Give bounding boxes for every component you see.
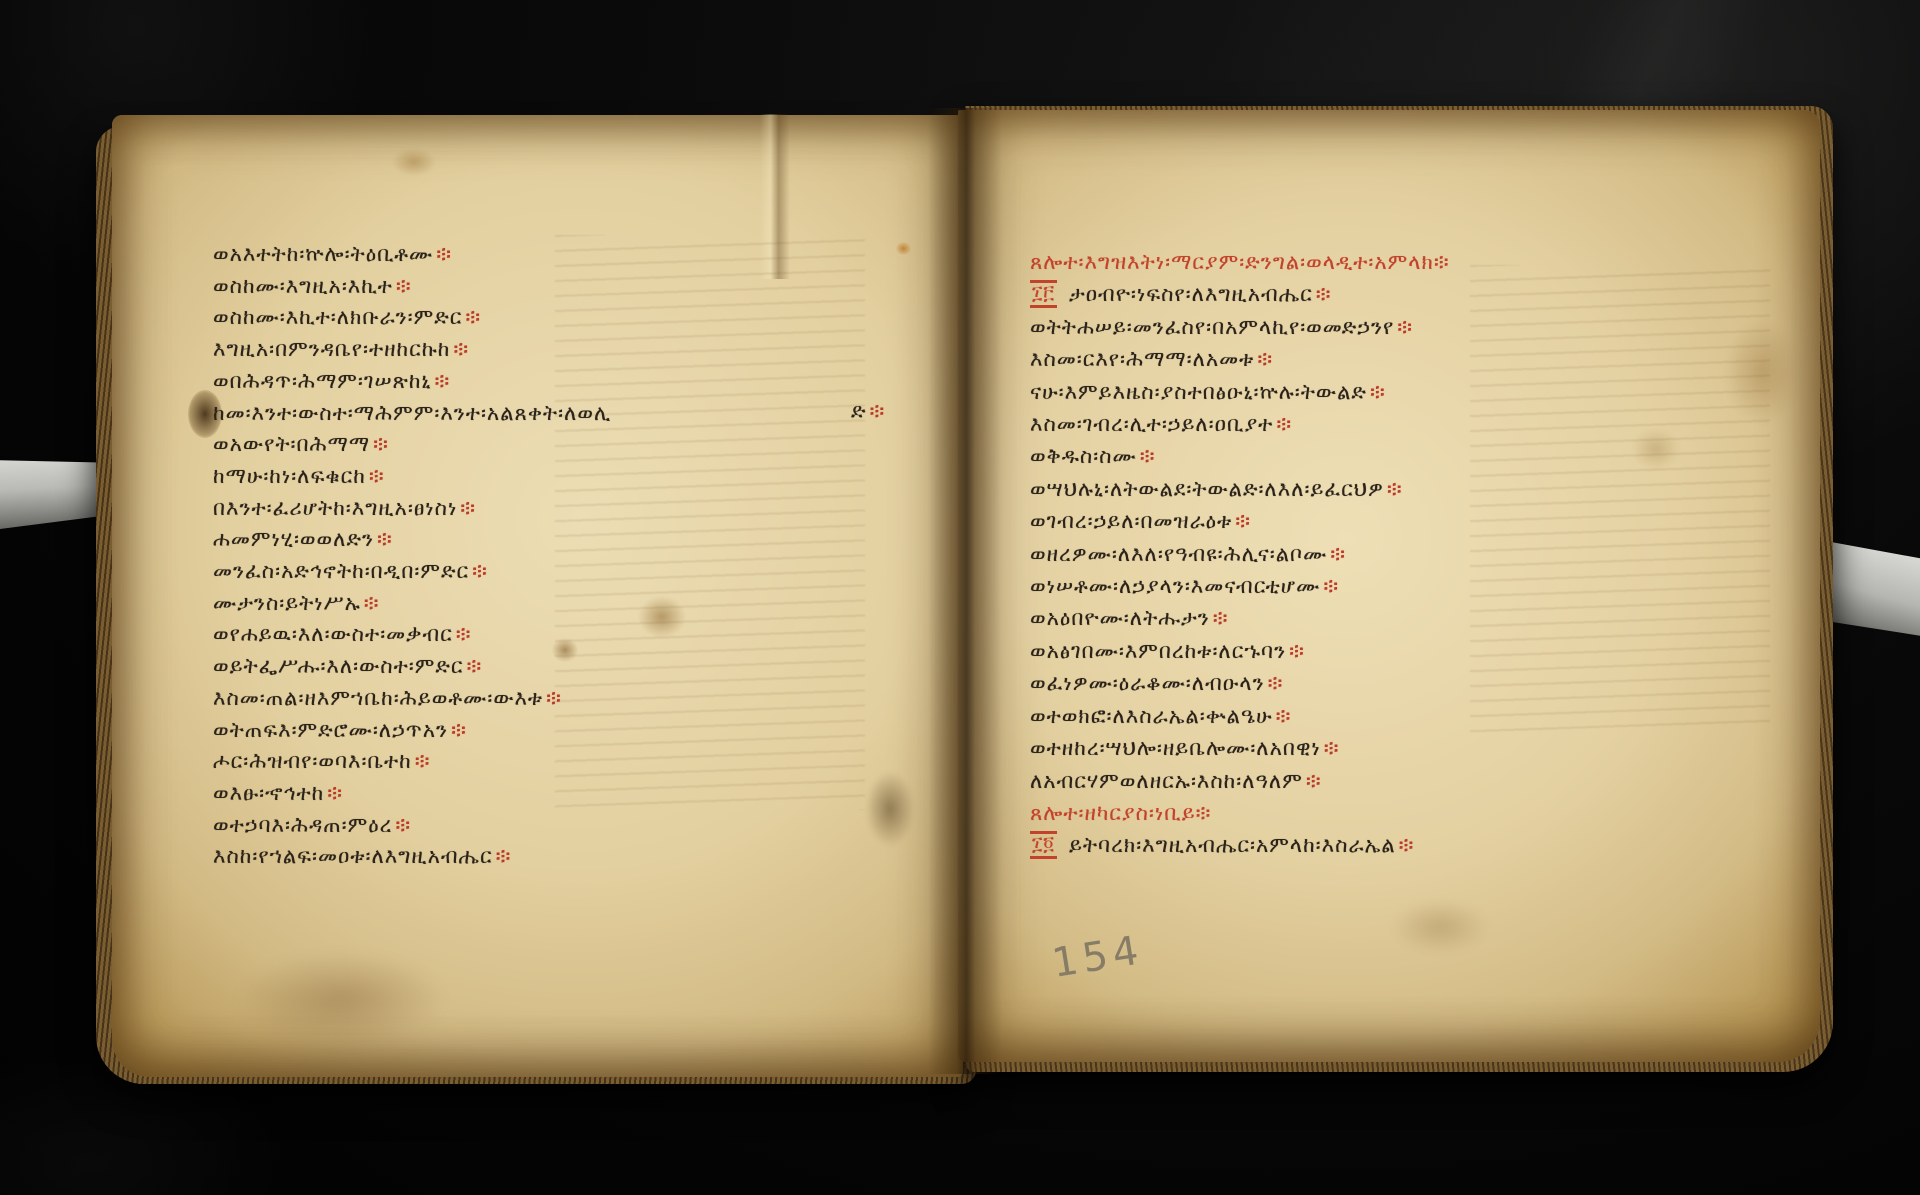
verse-line: ፲፬ይትባረክ፡እግዚአብሔር፡አምላከ፡እስራኤል፨ [1030, 829, 1450, 861]
verse-line: እስከ፡የኀልፍ፡መዐቱ፡ለእግዚአብሔር፨ [213, 841, 611, 873]
verse-line: ለአብርሃምወለዘርኡ፡እስከ፡ለዓለም፨ [1030, 765, 1450, 797]
verse-line: ድ፨ [851, 399, 885, 424]
red-section-mark: ፨ [1306, 769, 1322, 793]
red-section-mark: ፨ [1289, 639, 1305, 663]
red-section-mark: ፨ [1397, 315, 1413, 339]
verse-line: ወየሐይዉ፡እለ፡ውስተ፡መቃብር፨ [213, 619, 611, 651]
verse-line: ወተወክፎ፡ለእስራኤል፡ቍልዔሁ፨ [1030, 700, 1450, 732]
verse-line: ወትጠፍእ፡ምድሮሙ፡ለኃጥአን፨ [213, 715, 611, 747]
red-section-mark: ፨ [369, 464, 385, 488]
verse-line: ሙታንስ፡ይትነሥኡ፨ [213, 588, 611, 620]
verse-line: እስመ፡ገብረ፡ሊተ፡ኃይለ፡ዐቢያተ፨ [1030, 408, 1450, 440]
verse-line: ወአዕበዮሙ፡ለትሑታን፨ [1030, 602, 1450, 634]
red-section-mark: ፨ [395, 813, 411, 837]
red-section-mark: ፨ [1140, 444, 1156, 468]
red-section-mark: ፨ [456, 622, 472, 646]
red-section-mark: ፨ [472, 559, 488, 583]
verse-line: ወአእተትከ፡ኵሎ፡ትዕቢቶሙ፨ [213, 239, 611, 271]
red-section-mark: ፨ [467, 654, 483, 678]
verse-line: ሖር፡ሕዝብየ፡ወባእ፡ቤተከ፨ [213, 746, 611, 778]
verse-line: እስመ፡ርእየ፡ሕማማ፡ለአመቱ፨ [1030, 343, 1450, 375]
red-section-mark: ፨ [1387, 477, 1403, 501]
verse-line: መንፈስ፡አድኅኖትከ፡በዲበ፡ምድር፨ [213, 556, 611, 588]
verse-line: ወበሕዳጥ፡ሕማም፡ገሠጽከኒ፨ [213, 366, 611, 398]
red-section-mark: ፨ [1276, 704, 1292, 728]
rubric-heading: ጸሎተ፡ዘካርያስ፡ነቢይ፨ [1030, 797, 1450, 829]
red-section-mark: ፨ [496, 844, 512, 868]
verse-line: ወነሠቶሙ፡ለኃያላን፡እመናብርቲሆሙ፨ [1030, 570, 1450, 602]
verse-line: እግዚአ፡በምንዳቤየ፡ተዘከርኩከ፨ [213, 334, 611, 366]
red-section-mark: ፨ [465, 305, 481, 329]
left-page-text-column: ወአእተትከ፡ኵሎ፡ትዕቢቶሙ፨ወስከሙ፡እግዚአ፡እኪተ፨ወስከሙ፡እኪተ፡ለ… [213, 239, 611, 873]
red-section-mark: ፨ [1330, 542, 1346, 566]
canticle-number: ፲፫ [1030, 280, 1057, 307]
verse-line: እስመ፡ጠል፡ዘእምኀቤከ፡ሕይወቶሙ፡ውእቱ፨ [213, 683, 611, 715]
verse-line: ወትትሐሠይ፡መንፈስየ፡በአምላኪየ፡ወመድኃንየ፨ [1030, 311, 1450, 343]
red-section-mark: ፨ [436, 242, 452, 266]
red-section-mark: ፨ [396, 274, 412, 298]
red-section-mark: ፨ [1257, 347, 1273, 371]
verse-line: ከማሁ፡ከነ፡ለፍቁርከ፨ [213, 461, 611, 493]
verse-line: ከመ፡እንተ፡ውስተ፡ማሕምም፡እንተ፡አልጸቀት፡ለወሊ [213, 398, 611, 430]
red-section-mark: ፨ [1324, 736, 1340, 760]
red-section-mark: ፨ [377, 527, 393, 551]
verse-line: ወስከሙ፡እኪተ፡ለክቡራን፡ምድር፨ [213, 302, 611, 334]
red-section-mark: ፨ [1268, 671, 1284, 695]
manuscript-photograph: ወአእተትከ፡ኵሎ፡ትዕቢቶሙ፨ወስከሙ፡እግዚአ፡እኪተ፨ወስከሙ፡እኪተ፡ለ… [0, 0, 1920, 1195]
verse-line: ናሁ፡እምይእዜስ፡ያስተበፅዑኒ፡ኵሉ፡ትውልድ፨ [1030, 376, 1450, 408]
red-section-mark: ፨ [327, 781, 343, 805]
right-page-text-column: ጸሎተ፡እግዝእትነ፡ማርያም፡ድንግል፡ወላዲተ፡አምላክ፨፲፫ታዐብዮ፡ነፍ… [1030, 246, 1450, 862]
verse-line: ፲፫ታዐብዮ፡ነፍስየ፡ለእግዚአብሔር፨ [1030, 278, 1450, 310]
rubric-heading: ጸሎተ፡እግዝእትነ፡ማርያም፡ድንግል፡ወላዲተ፡አምላክ፨ [1030, 246, 1450, 278]
red-section-mark: ፨ [1370, 380, 1386, 404]
red-section-mark: ፨ [373, 432, 389, 456]
red-section-mark: ፨ [451, 718, 467, 742]
red-section-mark: ፨ [460, 496, 476, 520]
red-section-mark: ፨ [1276, 412, 1292, 436]
verse-line: በእንተ፡ፈሪሆትከ፡እግዚአ፡ፀነስነ፨ [213, 493, 611, 525]
canticle-number: ፲፬ [1030, 831, 1057, 858]
red-section-mark: ፨ [434, 369, 450, 393]
verse-line: ወአውየት፡በሕማማ፨ [213, 429, 611, 461]
gutter-overflow-text: ድ፨ [851, 399, 885, 424]
verse-line: ወእፁ፡ኆኅተከ፨ [213, 778, 611, 810]
red-section-mark: ፨ [453, 337, 469, 361]
verse-line: ወቅዱስ፡ስሙ፨ [1030, 440, 1450, 472]
red-section-mark: ፨ [1316, 282, 1332, 306]
red-section-mark: ፨ [1213, 606, 1229, 630]
red-section-mark: ፨ [364, 591, 380, 615]
verse-line: ወአፅገበሙ፡እምበረከቱ፡ለርኁባን፨ [1030, 635, 1450, 667]
red-section-mark: ፨ [546, 686, 562, 710]
verse-line: ወስከሙ፡እግዚአ፡እኪተ፨ [213, 271, 611, 303]
red-section-mark: ፨ [870, 399, 886, 423]
verse-line: ሐመምነሂ፡ወወለድን፨ [213, 524, 611, 556]
verse-line: ወገብረ፡ኃይለ፡በመዝራዕቱ፨ [1030, 505, 1450, 537]
red-section-mark: ፨ [415, 749, 431, 773]
red-section-mark: ፨ [1235, 509, 1251, 533]
verse-line: ወይትፌሥሑ፡እለ፡ውስተ፡ምድር፨ [213, 651, 611, 683]
verse-line: ወፈነዎሙ፡ዕራቆሙ፡ለብዑላን፨ [1030, 667, 1450, 699]
verse-line: ወዘረዎሙ፡ለእለ፡የዓብዩ፡ሕሊና፡ልቦሙ፨ [1030, 538, 1450, 570]
verse-line: ወሣህሉኒ፡ለትውልደ፡ትውልድ፡ለእለ፡ይፈርህዎ፨ [1030, 473, 1450, 505]
red-section-mark: ፨ [1399, 833, 1415, 857]
verse-line: ወተዘከረ፡ሣህሎ፡ዘይቤሎሙ፡ለአበዊነ፨ [1030, 732, 1450, 764]
verse-line: ወተኃባእ፡ሕዳጠ፡ምዕረ፨ [213, 810, 611, 842]
red-section-mark: ፨ [1323, 574, 1339, 598]
